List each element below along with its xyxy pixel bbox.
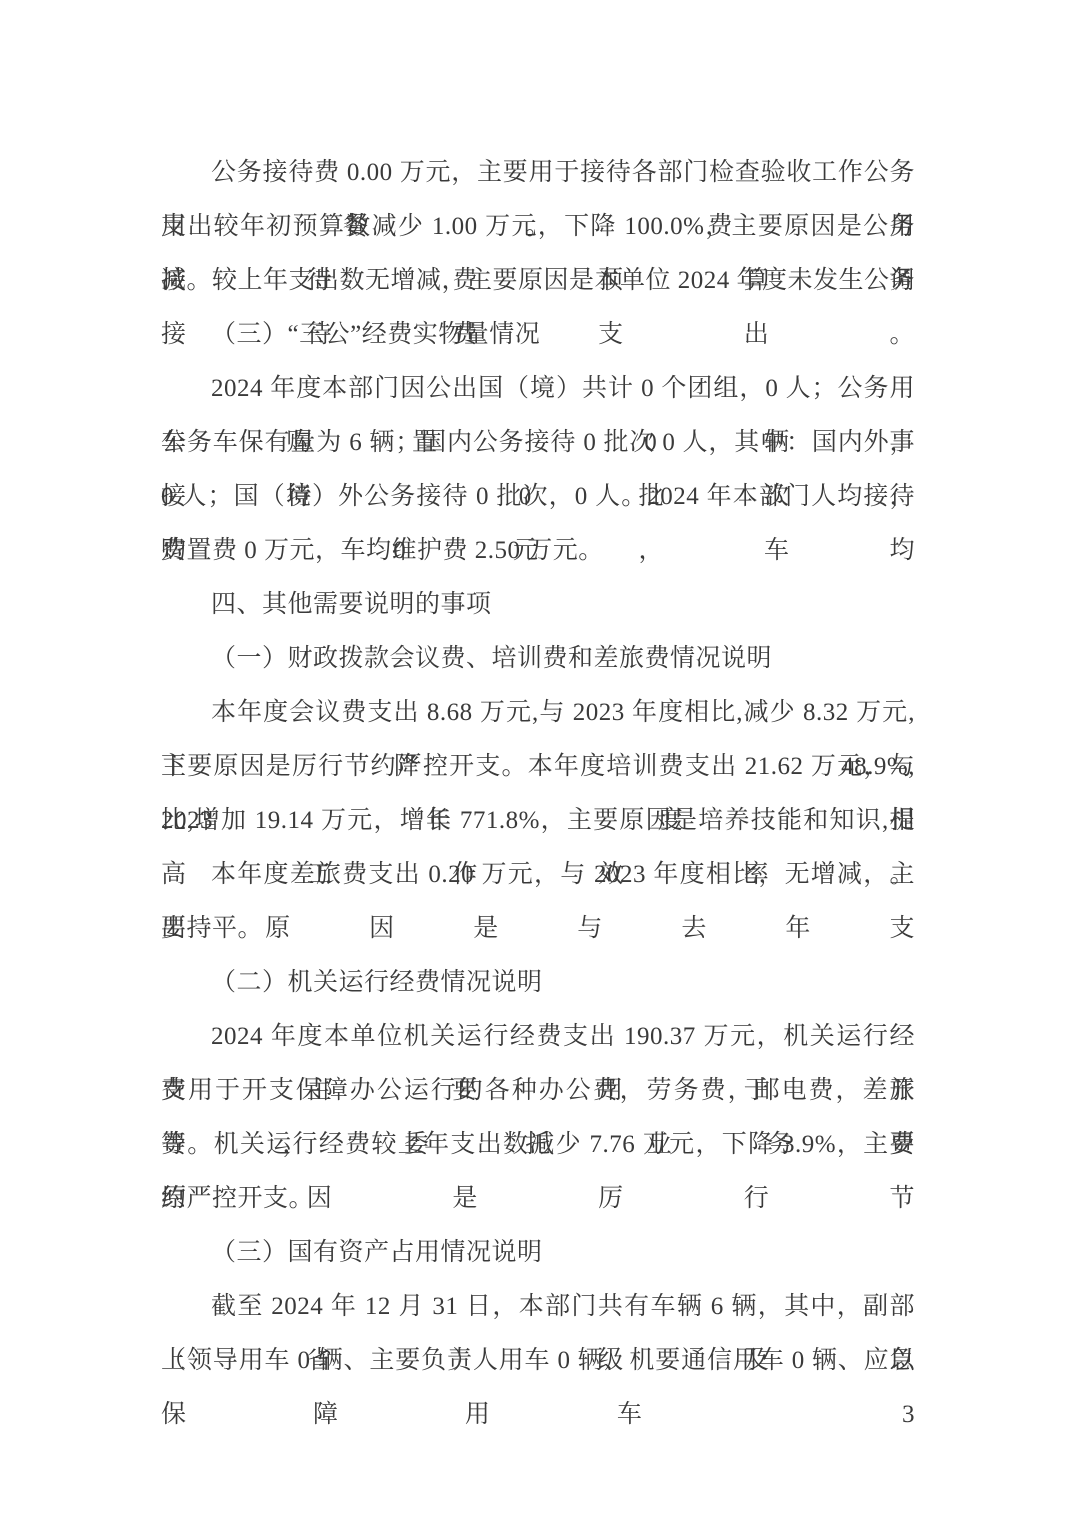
text-line: 支出较年初预算数减少 1.00 万元，下降 100.0%，主要原因是公务接待费预… — [161, 200, 915, 254]
text-line: 支用于开支保障办公运行的各种办公费，劳务费，邮电费，差旅费，委托业务费 — [161, 1064, 915, 1118]
text-line: 本年度差旅费支出 0.20 万元，与 2023 年度相比，无增减，主要原因是与去… — [161, 848, 915, 902]
text-line: （二）机关运行经费情况说明 — [161, 956, 915, 1010]
text-line: 0 人；国（境）外公务接待 0 批次，0 人。2024 年本部门人均接待费 0 … — [161, 470, 915, 524]
text-line: 上领导用车 0 辆、主要负责人用车 0 辆、机要通信用车 0 辆、应急保障用车 … — [161, 1334, 915, 1388]
text-line: 主要原因是厉行节约严控开支。本年度培训费支出 21.62 万元，与 2023 年… — [161, 740, 915, 794]
text-line: 比,增加 19.14 万元，增长 771.8%，主要原因是培养技能和知识,提高工… — [161, 794, 915, 848]
document-page: 公务接待费 0.00 万元，主要用于接待各部门检查验收工作公务用餐。费用支出较年… — [0, 0, 1074, 1520]
text-line: 2024 年度本单位机关运行经费支出 190.37 万元，机关运行经费主要用于开 — [161, 1010, 915, 1064]
text-line: 公务接待费 0.00 万元，主要用于接待各部门检查验收工作公务用餐。费用 — [161, 146, 915, 200]
text-line: （三）国有资产占用情况说明 — [161, 1226, 915, 1280]
text-line: 截至 2024 年 12 月 31 日，本部门共有车辆 6 辆，其中，副部（省）… — [161, 1280, 915, 1334]
text-line: 2024 年度本部门因公出国（境）共计 0 个团组，0 人；公务用车购置 0 辆… — [161, 362, 915, 416]
text-line: 公务车保有量为 6 辆；国内公务接待 0 批次 0 人，其中：国内外事接待 0 … — [161, 416, 915, 470]
text-line: 本年度会议费支出 8.68 万元,与 2023 年度相比,减少 8.32 万元,… — [161, 686, 915, 740]
text-line: （一）财政拨款会议费、培训费和差旅费情况说明 — [161, 632, 915, 686]
text-line: 等。机关运行经费较上年支出数减少 7.76 万元，下降 3.9%，主要原因是厉行… — [161, 1118, 915, 1172]
text-line: 减。较上年支出数无增减，主要原因是本单位 2024 年度未发生公务接待费支出。 — [161, 254, 915, 308]
document-text-block: 公务接待费 0.00 万元，主要用于接待各部门检查验收工作公务用餐。费用支出较年… — [161, 146, 915, 1388]
text-line: 四、其他需要说明的事项 — [161, 578, 915, 632]
